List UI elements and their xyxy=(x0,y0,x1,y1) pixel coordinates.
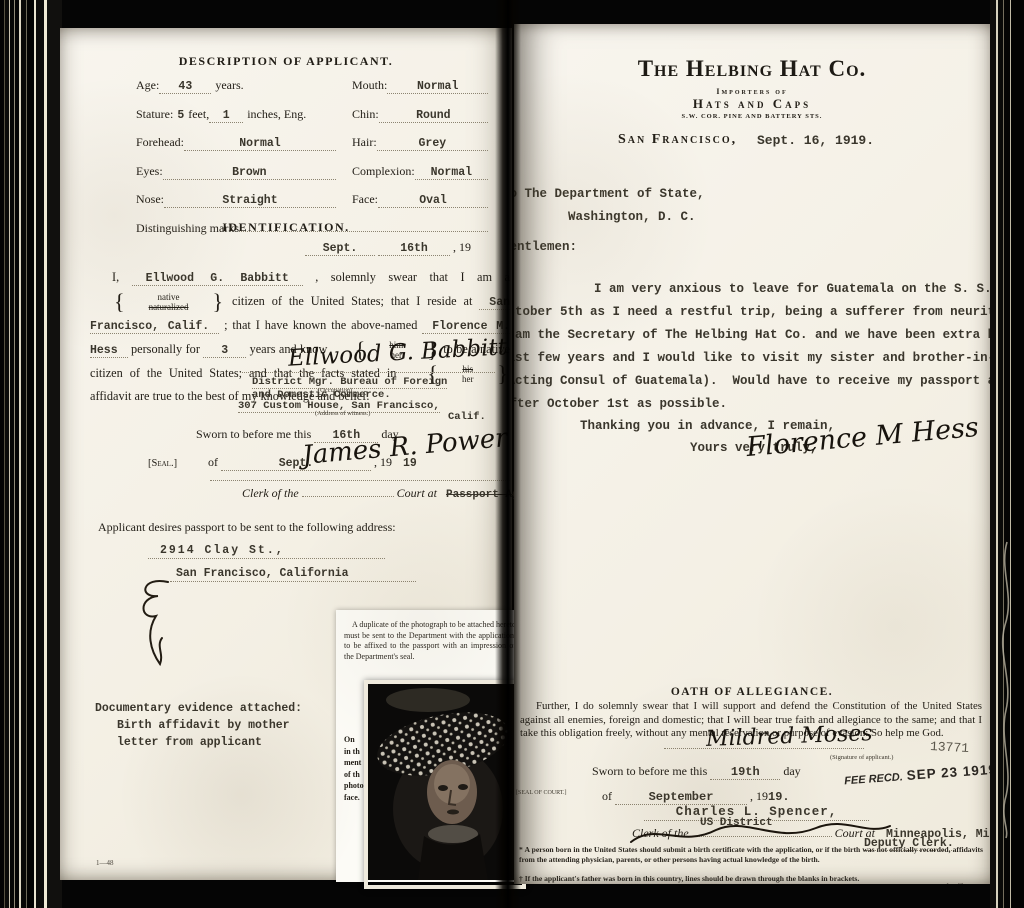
letter-line: (Acting Consul of Guatemala). Would have… xyxy=(514,374,990,388)
native-naturalized-brace: {nativenaturalized} xyxy=(92,291,223,313)
age-value: 43 xyxy=(178,80,192,93)
mailing-address-line1: 2914 Clay St., xyxy=(160,544,285,557)
stature-feet: 5 xyxy=(177,109,184,122)
stamp-date-text: SEP 23 1919 xyxy=(906,762,990,783)
brace1-native: native xyxy=(127,292,189,302)
sworn-right-of: of xyxy=(602,789,612,803)
feet-label: feet, xyxy=(188,107,209,122)
letterhead-importers: Importers of xyxy=(514,87,990,96)
eyes-value: Brown xyxy=(232,166,267,179)
face-value: Oval xyxy=(419,194,447,207)
witness-address-caption: (Address of witness.) xyxy=(315,410,370,417)
complexion-row: Complexion: Normal xyxy=(352,164,488,180)
eyes-label: Eyes: xyxy=(136,164,163,179)
mouth-label: Mouth: xyxy=(352,78,387,93)
right-page: The Helbing Hat Co. Importers of Hats an… xyxy=(514,24,990,884)
face-label: Face: xyxy=(352,192,378,207)
ident-s3: citizen of the United States; that I res… xyxy=(232,294,472,308)
clerk-mid-left: Court at xyxy=(397,486,437,500)
oath-title: OATH OF ALLEGIANCE. xyxy=(514,686,990,698)
letter-line: Washington, D. C. xyxy=(568,210,696,224)
forehead-value: Normal xyxy=(239,137,280,150)
seal-label-left: [Seal.] xyxy=(148,458,177,469)
margin-handwriting xyxy=(997,540,1017,840)
ident-s2: , solemnly swear that I am a xyxy=(315,270,510,284)
sworn-right-day: 19th xyxy=(731,765,760,779)
letter-date: Sept. 16, 1919. xyxy=(757,133,874,148)
forehead-label: Forehead: xyxy=(136,135,184,150)
face-row: Face: Oval xyxy=(352,192,488,208)
ident-s4: ; that I have known the above-named xyxy=(224,318,417,332)
hair-value: Grey xyxy=(419,137,447,150)
date-month: Sept. xyxy=(323,242,358,255)
fee-received-stamp: FEE RECD. SEP 23 1919 xyxy=(844,761,990,790)
occupation-caption: (Occupation) xyxy=(318,387,352,394)
form-number-left: 1—48 xyxy=(96,859,114,867)
nose-label: Nose: xyxy=(136,192,164,207)
handwritten-flourish-mark xyxy=(134,576,190,668)
notary-signature-line xyxy=(210,468,510,481)
letter-line: I am very anxious to leave for Guatemala… xyxy=(594,282,990,296)
eyes-row: Eyes: Brown xyxy=(136,164,336,180)
book-binding-shadow xyxy=(495,0,521,908)
mailing-address-line2-wrap: San Francisco, California xyxy=(170,563,416,582)
forehead-row: Forehead: Normal xyxy=(136,135,336,151)
ident-s1: I, xyxy=(112,270,119,284)
left-page: DESCRIPTION OF APPLICANT. Age: 43 years.… xyxy=(60,28,512,880)
sworn-right-year-printed: , 19 xyxy=(750,789,768,803)
caption-fragment: ment xyxy=(344,757,364,769)
stature-inches: 1 xyxy=(223,109,230,122)
sworn-left-pre: Sworn to before me this xyxy=(196,427,311,441)
caption-fragment: in th xyxy=(344,746,364,758)
description-title: DESCRIPTION OF APPLICANT. xyxy=(60,54,512,69)
caption-fragment: of th xyxy=(344,769,364,781)
letterhead-corner-address: S.W. COR. PINE AND BATTERY STS. xyxy=(514,113,990,120)
age-label: Age: xyxy=(136,78,159,93)
mailing-address-line2: San Francisco, California xyxy=(176,567,349,580)
chin-row: Chin: Round xyxy=(352,107,488,123)
clerk-blank-left xyxy=(302,484,394,497)
date-day: 16th xyxy=(400,242,428,255)
complexion-label: Complexion: xyxy=(352,164,415,179)
mouth-value: Normal xyxy=(417,80,458,93)
seal-of-court-label: [SEAL OF COURT.] xyxy=(516,790,566,796)
letter-line: I am the Secretary of The Helbing Hat Co… xyxy=(514,328,990,342)
caption-fragment: On xyxy=(344,734,364,746)
mailing-address-heading: Applicant desires passport to be sent to… xyxy=(98,520,396,535)
letter-line: last few years and I would like to visit… xyxy=(514,351,990,365)
ident-s5: personally for xyxy=(131,342,200,356)
complexion-value: Normal xyxy=(431,166,472,179)
sworn-right-pre: Sworn to before me this xyxy=(592,764,707,778)
sworn-left-of: of xyxy=(208,455,218,469)
identification-date: Sept. 16th , 19 xyxy=(305,240,471,256)
documentary-line3: letter from applicant xyxy=(117,734,302,751)
stamp-fee-text: FEE RECD. xyxy=(844,771,903,787)
mouth-row: Mouth: Normal xyxy=(352,78,488,94)
stature-row: Stature: 5 feet, 1 inches, Eng. xyxy=(136,107,336,123)
photo-caption-fragments: On in th ment of th photo face. xyxy=(344,734,364,803)
letterhead-hats-caps: Hats and Caps xyxy=(514,96,990,112)
form-number-right: 1—48 xyxy=(946,882,964,884)
sworn-right-line1: Sworn to before me this 19th day xyxy=(592,764,801,780)
chin-label: Chin: xyxy=(352,107,379,122)
identification-title: IDENTIFICATION. xyxy=(60,220,512,235)
hair-label: Hair: xyxy=(352,135,377,150)
date-year: , 19 xyxy=(453,240,471,254)
mailing-address-line1-wrap: 2914 Clay St., xyxy=(148,540,385,559)
deputy-clerk-signature-squiggle xyxy=(626,814,896,852)
age-suffix: years. xyxy=(215,78,243,93)
documentary-line2: Birth affidavit by mother xyxy=(117,717,302,734)
age-row: Age: 43 years. xyxy=(136,78,336,94)
caption-fragment: photo xyxy=(344,780,364,792)
hair-row: Hair: Grey xyxy=(352,135,488,151)
letterhead-city: San Francisco, xyxy=(618,132,737,148)
company-name: The Helbing Hat Co. xyxy=(514,56,990,82)
sworn-right-post: day xyxy=(783,764,800,778)
caption-fragment: face. xyxy=(344,792,364,804)
brace1-naturalized: naturalized xyxy=(127,302,189,312)
nose-row: Nose: Straight xyxy=(136,192,336,208)
documentary-evidence: Documentary evidence attached: Birth aff… xyxy=(95,700,302,751)
letter-line: after October 1st as possible. xyxy=(514,397,727,411)
letter-line: To The Department of State, xyxy=(514,187,705,201)
photo-note: A duplicate of the photograph to be atta… xyxy=(344,620,516,662)
scanned-passport-application-spread: DESCRIPTION OF APPLICANT. Age: 43 years.… xyxy=(0,0,1024,908)
footnote-father-born: † If the applicant's father was born in … xyxy=(519,874,983,884)
letter-line: October 5th as I need a restful trip, be… xyxy=(514,305,990,319)
stature-label: Stature: xyxy=(136,107,173,122)
witness-address-line2: Calif. xyxy=(448,411,486,423)
case-number: 13771 xyxy=(930,739,970,756)
nose-value: Straight xyxy=(222,194,277,207)
documentary-line1: Documentary evidence attached: xyxy=(95,700,302,717)
letter-line: Gentlemen: xyxy=(514,240,577,254)
oath-signature-caption: (Signature of applicant.) xyxy=(830,754,893,761)
witness-name: Ellwood G. Babbitt xyxy=(132,272,303,286)
book-page-edges-left xyxy=(0,0,62,908)
chin-value: Round xyxy=(416,109,451,122)
inches-label: inches, Eng. xyxy=(247,107,306,122)
clerk-pre-left: Clerk of the xyxy=(242,486,299,500)
